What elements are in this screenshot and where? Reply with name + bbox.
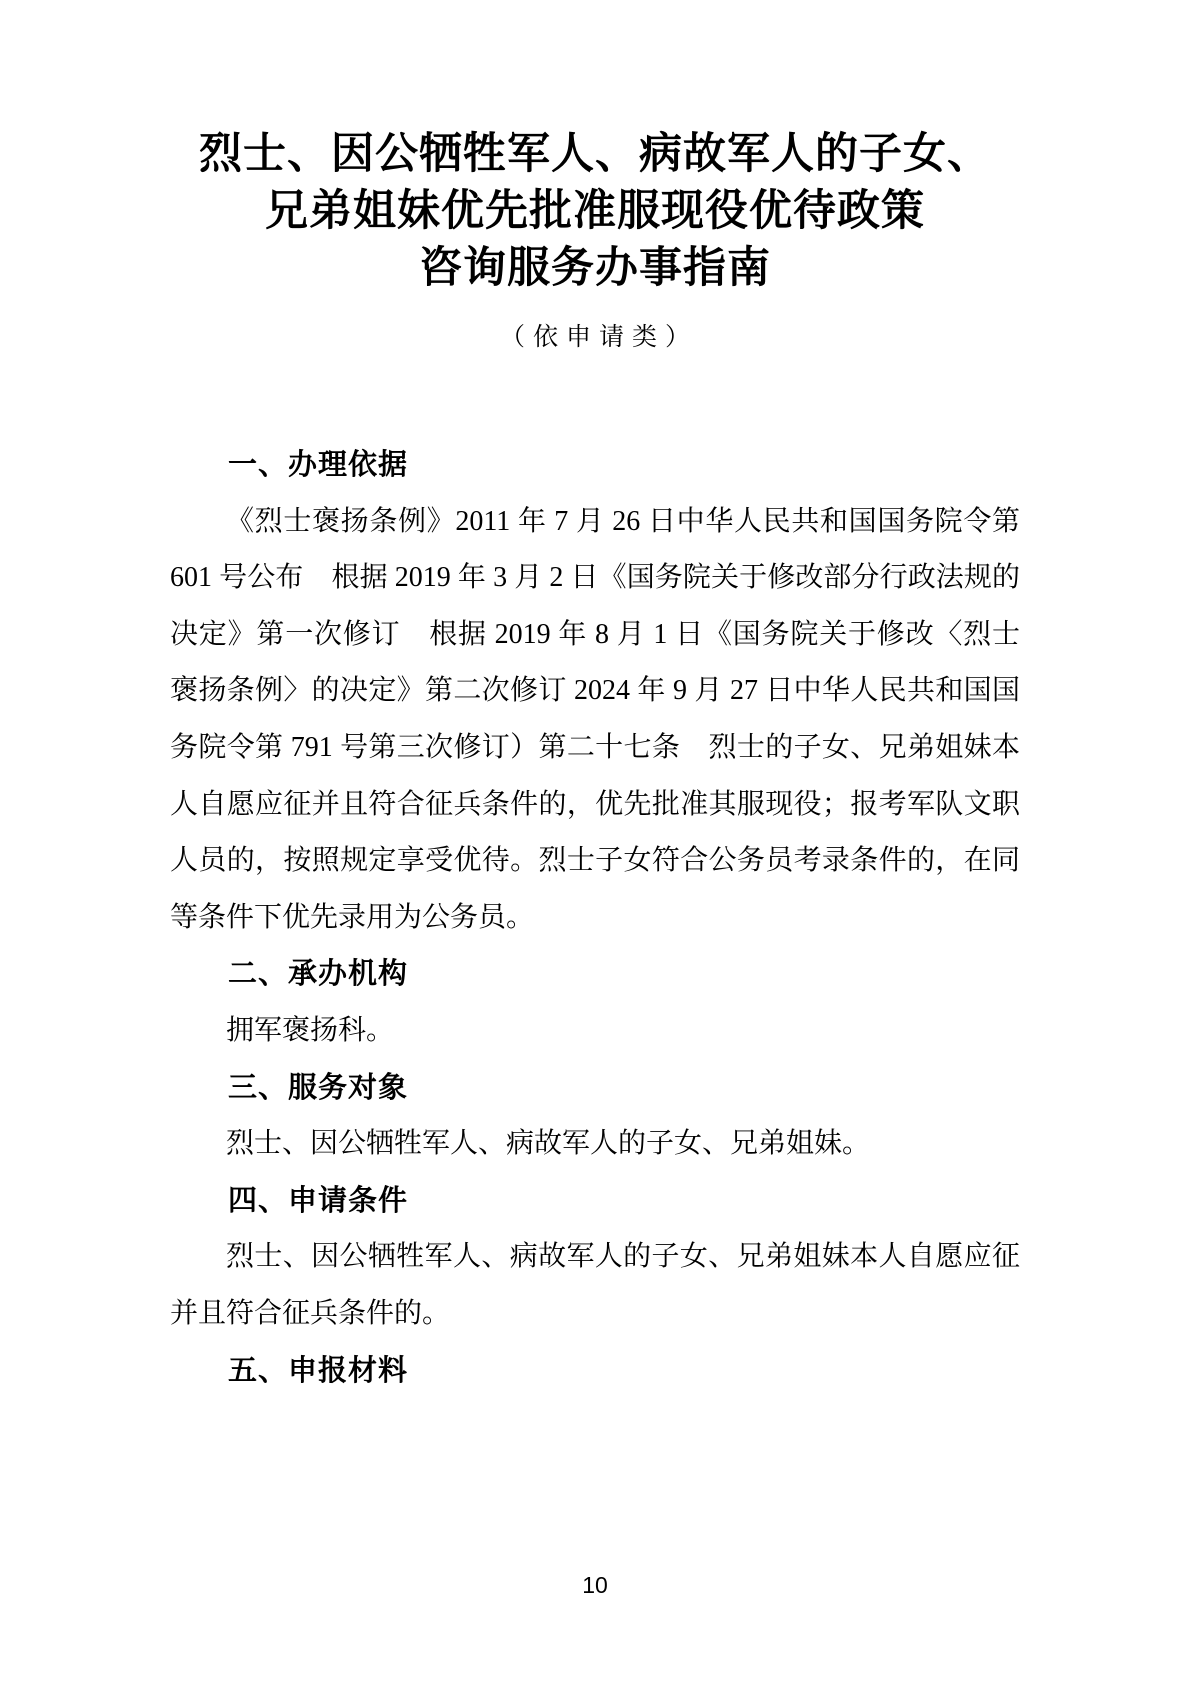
document-title: 烈士、因公牺牲军人、病故军人的子女、 兄弟姐妹优先批准服现役优待政策 咨询服务办… xyxy=(0,126,1190,297)
section-heading: 五、申报材料 xyxy=(170,1343,1020,1400)
title-line-3: 咨询服务办事指南 xyxy=(0,240,1190,297)
section-paragraph: 《烈士褒扬条例》2011 年 7 月 26 日中华人民共和国国务院令第 601 … xyxy=(170,494,1020,947)
section-application-materials: 五、申报材料 xyxy=(170,1343,1020,1400)
document-page: 烈士、因公牺牲军人、病故军人的子女、 兄弟姐妹优先批准服现役优待政策 咨询服务办… xyxy=(0,0,1190,1683)
section-handling-basis: 一、办理依据 《烈士褒扬条例》2011 年 7 月 26 日中华人民共和国国务院… xyxy=(170,437,1020,946)
section-heading: 三、服务对象 xyxy=(170,1060,1020,1117)
section-paragraph: 拥军褒扬科。 xyxy=(170,1003,1020,1060)
section-paragraph: 烈士、因公牺牲军人、病故军人的子女、兄弟姐妹。 xyxy=(170,1116,1020,1173)
section-heading: 一、办理依据 xyxy=(170,437,1020,494)
section-undertaking-agency: 二、承办机构 拥军褒扬科。 xyxy=(170,946,1020,1059)
title-line-2: 兄弟姐妹优先批准服现役优待政策 xyxy=(0,183,1190,240)
section-paragraph: 烈士、因公牺牲军人、病故军人的子女、兄弟姐妹本人自愿应征并且符合征兵条件的。 xyxy=(170,1229,1020,1342)
document-subtitle: （依申请类） xyxy=(0,317,1190,353)
document-body: 一、办理依据 《烈士褒扬条例》2011 年 7 月 26 日中华人民共和国国务院… xyxy=(170,437,1020,1399)
section-service-targets: 三、服务对象 烈士、因公牺牲军人、病故军人的子女、兄弟姐妹。 xyxy=(170,1060,1020,1173)
title-line-1: 烈士、因公牺牲军人、病故军人的子女、 xyxy=(0,126,1190,183)
document-header: 烈士、因公牺牲军人、病故军人的子女、 兄弟姐妹优先批准服现役优待政策 咨询服务办… xyxy=(0,0,1190,353)
page-number: 10 xyxy=(582,1572,608,1598)
section-heading: 四、申请条件 xyxy=(170,1173,1020,1230)
section-heading: 二、承办机构 xyxy=(170,946,1020,1003)
page-footer: 10 xyxy=(0,1571,1190,1599)
section-application-conditions: 四、申请条件 烈士、因公牺牲军人、病故军人的子女、兄弟姐妹本人自愿应征并且符合征… xyxy=(170,1173,1020,1343)
